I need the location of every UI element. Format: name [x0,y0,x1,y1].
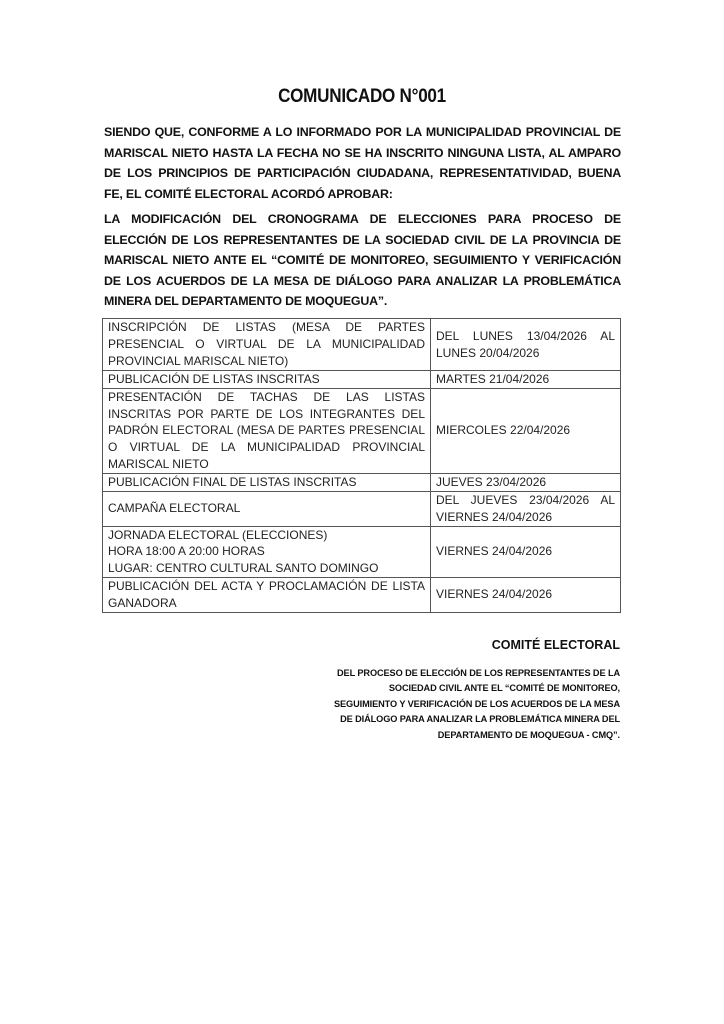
schedule-row: JORNADA ELECTORAL (ELECCIONES)HORA 18:00… [103,526,621,577]
schedule-date: MIERCOLES 22/04/2026 [431,388,621,473]
election-schedule-table: INSCRIPCIÓN DE LISTAS (MESA DE PARTES PR… [102,318,621,613]
schedule-row: INSCRIPCIÓN DE LISTAS (MESA DE PARTES PR… [103,319,621,371]
activity-line: PUBLICACIÓN DE LISTAS INSCRITAS [108,371,425,388]
schedule-date: DEL JUEVES 23/04/2026 AL VIERNES 24/04/2… [431,491,621,526]
activity-line: JORNADA ELECTORAL (ELECCIONES) [108,527,425,544]
signature-line: DEPARTAMENTO DE MOQUEGUA - CMQ”. [320,728,620,743]
schedule-date: VIERNES 24/04/2026 [431,526,621,577]
schedule-activity: PUBLICACIÓN FINAL DE LISTAS INSCRITAS [103,473,431,491]
schedule-activity: JORNADA ELECTORAL (ELECCIONES)HORA 18:00… [103,526,431,577]
schedule-row: PUBLICACIÓN DEL ACTA Y PROCLAMACIÓN DE L… [103,577,621,612]
signature-line: SOCIEDAD CIVIL ANTE EL “COMITÉ DE MONITO… [320,681,620,696]
schedule-date: JUEVES 23/04/2026 [431,473,621,491]
signature-body: DEL PROCESO DE ELECCIÓN DE LOS REPRESENT… [320,666,620,743]
signature-line: DEL PROCESO DE ELECCIÓN DE LOS REPRESENT… [320,666,620,681]
schedule-row: CAMPAÑA ELECTORALDEL JUEVES 23/04/2026 A… [103,491,621,526]
activity-line: PUBLICACIÓN FINAL DE LISTAS INSCRITAS [108,474,425,491]
schedule-activity: PUBLICACIÓN DEL ACTA Y PROCLAMACIÓN DE L… [103,577,431,612]
schedule-activity: PRESENTACIÓN DE TACHAS DE LAS LISTAS INS… [103,388,431,473]
schedule-activity: INSCRIPCIÓN DE LISTAS (MESA DE PARTES PR… [103,319,431,371]
activity-line: PRESENTACIÓN DE TACHAS DE LAS LISTAS INS… [108,389,425,473]
signature-line: DE DIÁLOGO PARA ANALIZAR LA PROBLEMÁTICA… [320,712,620,727]
schedule-activity: CAMPAÑA ELECTORAL [103,491,431,526]
schedule-date: VIERNES 24/04/2026 [431,577,621,612]
signature-title: COMITÉ ELECTORAL [492,638,620,652]
schedule-date: MARTES 21/04/2026 [431,371,621,389]
schedule-date: DEL LUNES 13/04/2026 AL LUNES 20/04/2026 [431,319,621,371]
activity-line: PUBLICACIÓN DEL ACTA Y PROCLAMACIÓN DE L… [108,578,425,612]
document-title: COMUNICADO N°001 [36,86,688,108]
schedule-row: PUBLICACIÓN FINAL DE LISTAS INSCRITASJUE… [103,473,621,491]
resolution-paragraph: LA MODIFICACIÓN DEL CRONOGRAMA DE ELECCI… [104,209,621,312]
schedule-row: PUBLICACIÓN DE LISTAS INSCRITASMARTES 21… [103,371,621,389]
activity-line: CAMPAÑA ELECTORAL [108,500,425,517]
activity-line: INSCRIPCIÓN DE LISTAS (MESA DE PARTES PR… [108,319,425,369]
activity-line: LUGAR: CENTRO CULTURAL SANTO DOMINGO [108,560,425,577]
signature-line: SEGUIMIENTO Y VERIFICACIÓN DE LOS ACUERD… [320,697,620,712]
schedule-row: PRESENTACIÓN DE TACHAS DE LAS LISTAS INS… [103,388,621,473]
activity-line: HORA 18:00 A 20:00 HORAS [108,543,425,560]
intro-paragraph: SIENDO QUE, CONFORME A LO INFORMADO POR … [104,122,621,204]
schedule-activity: PUBLICACIÓN DE LISTAS INSCRITAS [103,371,431,389]
